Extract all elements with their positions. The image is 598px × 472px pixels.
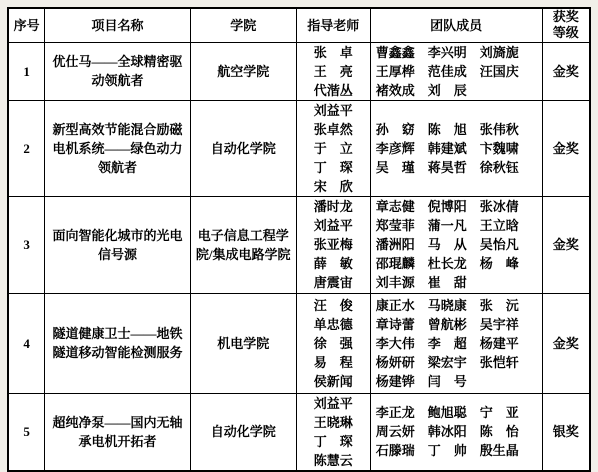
member-names-line: 李彦辉 韩建斌 卞魏啸: [376, 139, 540, 158]
cell-advisors: 潘时龙 刘益平 张亚梅 薛 敏 唐震宙: [296, 196, 370, 293]
member-names-line: 康正水 马晓康 张 沅: [376, 296, 540, 315]
cell-serial: 1: [8, 42, 45, 100]
header-award-level: 获奖等级: [542, 8, 590, 42]
advisor-name: 唐震宙: [299, 273, 368, 292]
member-names-line: 石滕瑞 丁 帅 殷生晶: [376, 441, 540, 460]
member-names-line: 王厚桦 范佳成 汪国庆: [376, 62, 540, 81]
advisor-name: 张卓然: [299, 120, 368, 139]
header-row: 序号 项目名称 学院 指导老师 团队成员 获奖等级: [8, 8, 590, 42]
advisor-name: 王晓琳: [299, 413, 368, 432]
advisor-name: 单忠德: [299, 315, 368, 334]
member-names-line: 李正龙 鲍旭聪 宁 亚: [376, 403, 540, 422]
header-college: 学院: [190, 8, 296, 42]
member-names-line: 杨妍研 梁宏宇 张恺轩: [376, 353, 540, 372]
member-names-line: 刘丰源 崔 甜: [376, 273, 540, 292]
cell-award-level: 银奖: [542, 393, 590, 471]
table-row: 2 新型高效节能混合励磁电机系统——绿色动力领航者 自动化学院 刘益平 张卓然 …: [8, 100, 590, 196]
cell-college: 机电学院: [190, 293, 296, 393]
header-award-level-text: 获奖等级: [551, 9, 581, 41]
cell-project-name: 新型高效节能混合励磁电机系统——绿色动力领航者: [45, 100, 190, 196]
cell-advisors: 刘益平 王晓琳 丁 琛 陈慧云: [296, 393, 370, 471]
cell-team-members: 章志健 倪博阳 张冰倩 郑莹菲 蒲一凡 王立晗 潘洲阳 马 从 吴怡凡 邵琨麟 …: [370, 196, 542, 293]
cell-college: 航空学院: [190, 42, 296, 100]
cell-team-members: 孙 窈 陈 旭 张伟秋 李彦辉 韩建斌 卞魏啸 吴 瑾 蒋昊哲 徐秋钰: [370, 100, 542, 196]
advisor-name: 王 亮: [299, 62, 368, 81]
cell-college: 自动化学院: [190, 100, 296, 196]
cell-serial: 4: [8, 293, 45, 393]
cell-college: 电子信息工程学院/集成电路学院: [190, 196, 296, 293]
table-row: 1 优仕马——全球精密驱动领航者 航空学院 张 卓 王 亮 代湝丛 曹鑫鑫 李兴…: [8, 42, 590, 100]
header-serial: 序号: [8, 8, 45, 42]
advisor-name: 易 程: [299, 353, 368, 372]
member-names-line: 吴 瑾 蒋昊哲 徐秋钰: [376, 158, 540, 177]
member-names-line: 褚效成 刘 辰: [376, 81, 540, 100]
cell-advisors: 刘益平 张卓然 于 立 丁 琛 宋 欣: [296, 100, 370, 196]
cell-serial: 5: [8, 393, 45, 471]
advisor-name: 丁 琛: [299, 158, 368, 177]
advisor-name: 刘益平: [299, 101, 368, 120]
cell-team-members: 李正龙 鲍旭聪 宁 亚 周云妍 韩冰阳 陈 怡 石滕瑞 丁 帅 殷生晶: [370, 393, 542, 471]
advisor-name: 宋 欣: [299, 177, 368, 196]
advisor-name: 代湝丛: [299, 81, 368, 100]
advisor-name: 侯新闻: [299, 372, 368, 391]
advisor-name: 汪 俊: [299, 296, 368, 315]
member-names-line: 章诗蕾 曾航彬 吴宇祥: [376, 315, 540, 334]
header-advisors: 指导老师: [296, 8, 370, 42]
advisor-name: 薛 敏: [299, 254, 368, 273]
cell-serial: 2: [8, 100, 45, 196]
header-team-members: 团队成员: [370, 8, 542, 42]
advisor-name: 张 卓: [299, 43, 368, 62]
cell-award-level: 金奖: [542, 42, 590, 100]
member-names-line: 邵琨麟 杜长龙 杨 峰: [376, 254, 540, 273]
cell-award-level: 金奖: [542, 196, 590, 293]
cell-project-name: 隧道健康卫士——地铁隧道移动智能检测服务: [45, 293, 190, 393]
advisor-name: 刘益平: [299, 394, 368, 413]
cell-project-name: 优仕马——全球精密驱动领航者: [45, 42, 190, 100]
advisor-name: 于 立: [299, 139, 368, 158]
award-table: 序号 项目名称 学院 指导老师 团队成员 获奖等级 1 优仕马——全球精密驱动领…: [7, 7, 591, 472]
cell-project-name: 面向智能化城市的光电信号源: [45, 196, 190, 293]
table-row: 5 超纯净泵——国内无轴承电机开拓者 自动化学院 刘益平 王晓琳 丁 琛 陈慧云…: [8, 393, 590, 471]
cell-advisors: 张 卓 王 亮 代湝丛: [296, 42, 370, 100]
member-names-line: 杨建铧 闫 号: [376, 372, 540, 391]
advisor-name: 陈慧云: [299, 451, 368, 470]
cell-project-name: 超纯净泵——国内无轴承电机开拓者: [45, 393, 190, 471]
table-row: 4 隧道健康卫士——地铁隧道移动智能检测服务 机电学院 汪 俊 单忠德 徐 强 …: [8, 293, 590, 393]
advisor-name: 丁 琛: [299, 432, 368, 451]
member-names-line: 潘洲阳 马 从 吴怡凡: [376, 235, 540, 254]
cell-college: 自动化学院: [190, 393, 296, 471]
member-names-line: 郑莹菲 蒲一凡 王立晗: [376, 216, 540, 235]
cell-serial: 3: [8, 196, 45, 293]
member-names-line: 李大伟 李 超 杨建平: [376, 334, 540, 353]
header-project-name: 项目名称: [45, 8, 190, 42]
member-names-line: 孙 窈 陈 旭 张伟秋: [376, 120, 540, 139]
member-names-line: 周云妍 韩冰阳 陈 怡: [376, 422, 540, 441]
cell-award-level: 金奖: [542, 100, 590, 196]
cell-team-members: 曹鑫鑫 李兴明 刘旖旎 王厚桦 范佳成 汪国庆 褚效成 刘 辰: [370, 42, 542, 100]
advisor-name: 徐 强: [299, 334, 368, 353]
advisor-name: 张亚梅: [299, 235, 368, 254]
cell-award-level: 金奖: [542, 293, 590, 393]
advisor-name: 潘时龙: [299, 197, 368, 216]
member-names-line: 章志健 倪博阳 张冰倩: [376, 197, 540, 216]
cell-team-members: 康正水 马晓康 张 沅 章诗蕾 曾航彬 吴宇祥 李大伟 李 超 杨建平 杨妍研 …: [370, 293, 542, 393]
table-row: 3 面向智能化城市的光电信号源 电子信息工程学院/集成电路学院 潘时龙 刘益平 …: [8, 196, 590, 293]
cell-advisors: 汪 俊 单忠德 徐 强 易 程 侯新闻: [296, 293, 370, 393]
member-names-line: 曹鑫鑫 李兴明 刘旖旎: [376, 43, 540, 62]
advisor-name: 刘益平: [299, 216, 368, 235]
